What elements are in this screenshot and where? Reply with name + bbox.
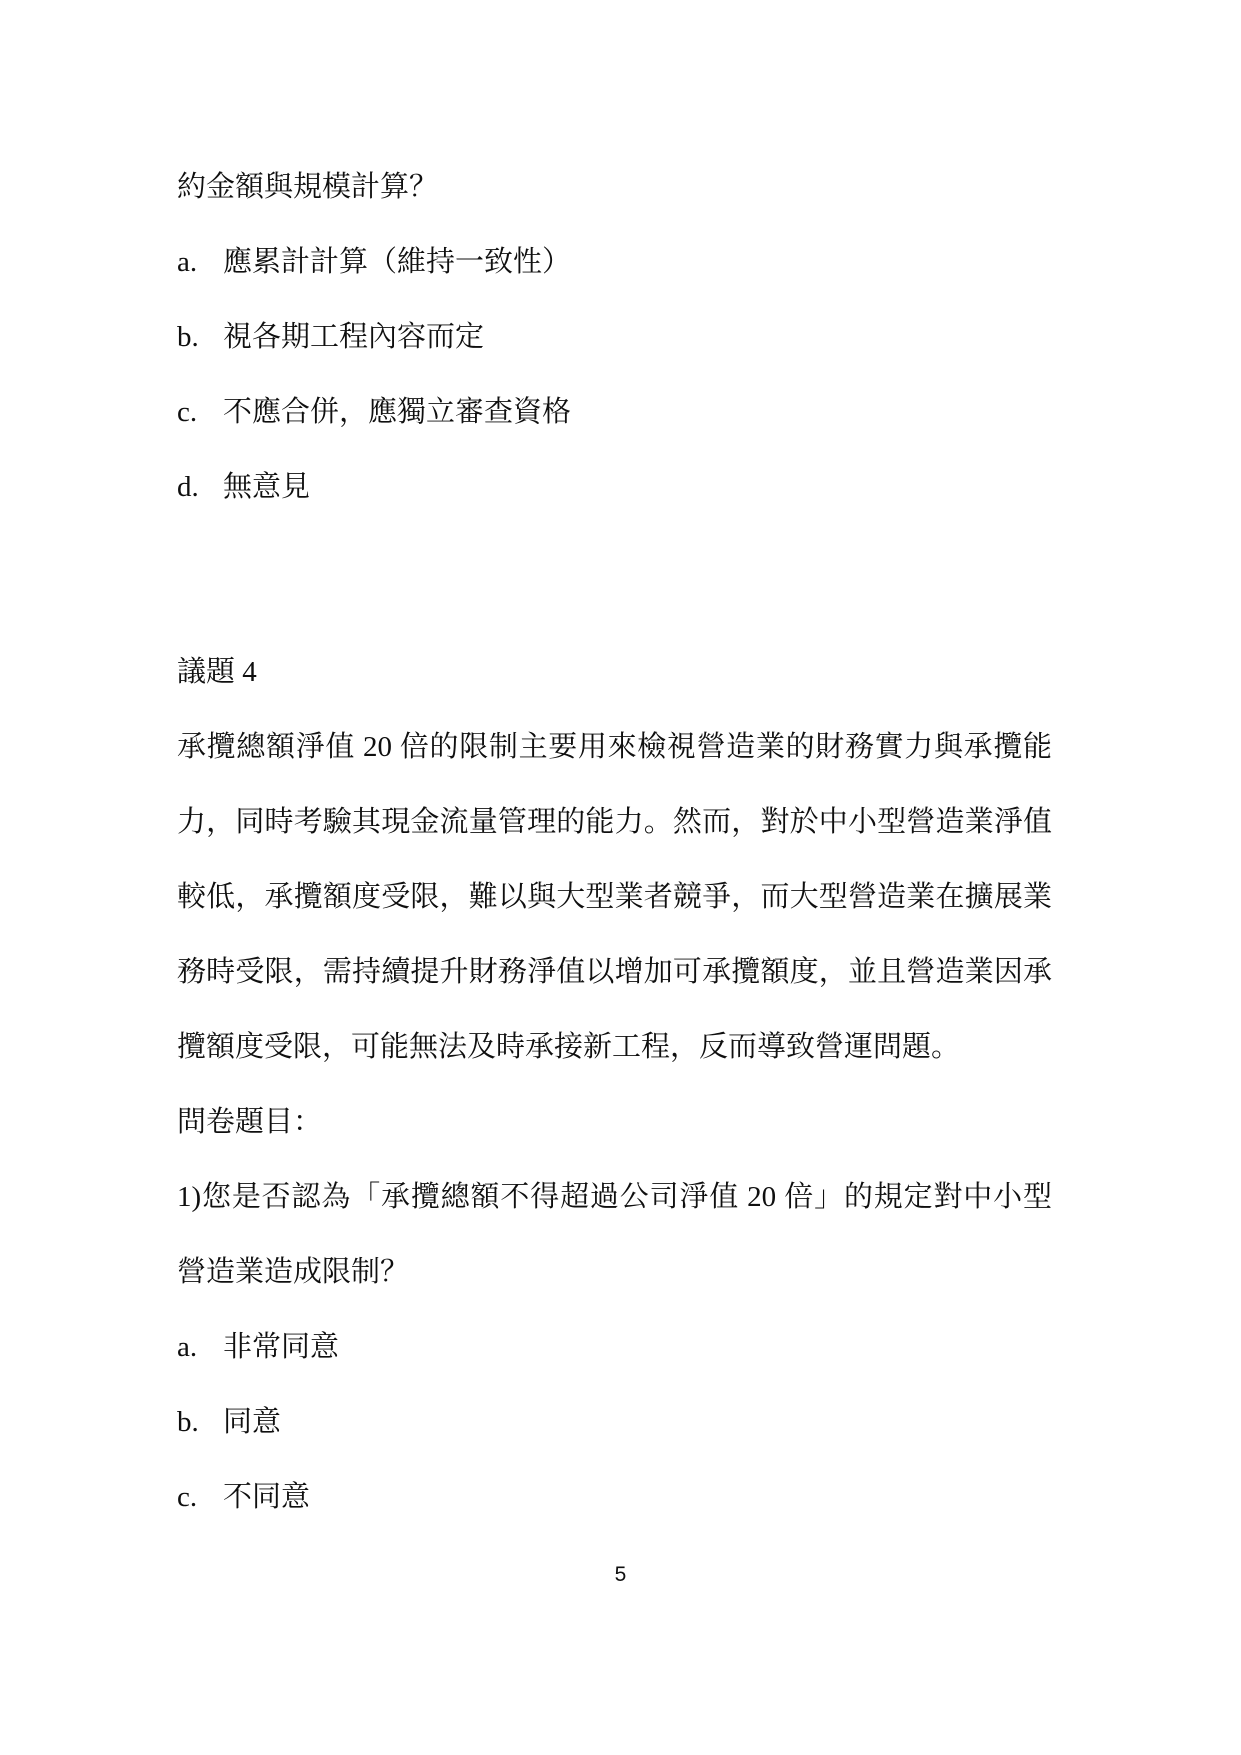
option-text: 應累計計算（維持一致性） — [223, 246, 571, 278]
carryover-question-line: 約金額與規模計算？ — [177, 150, 1052, 225]
option-letter: d. — [177, 450, 223, 525]
q1-option-row-b: b.同意 — [177, 1385, 1052, 1460]
option-text: 同意 — [223, 1406, 281, 1438]
option-text: 無意見 — [223, 471, 310, 503]
option-letter: c. — [177, 375, 223, 450]
topic-paragraph-line-1: 承攬總額淨值 20 倍的限制主要用來檢視營造業的財務實力與承攬能 — [177, 710, 1052, 785]
topic-heading: 議題 4 — [177, 635, 1052, 710]
option-text: 不應合併，應獨立審查資格 — [223, 396, 571, 428]
page-body: 約金額與規模計算？ a.應累計計算（維持一致性） b.視各期工程內容而定 c.不… — [177, 150, 1052, 1535]
question-1-line-1: 1)您是否認為「承攬總額不得超過公司淨值 20 倍」的規定對中小型 — [177, 1160, 1052, 1235]
option-row-c: c.不應合併，應獨立審查資格 — [177, 375, 1052, 450]
page-number: 5 — [615, 1563, 627, 1586]
option-row-d: d.無意見 — [177, 450, 1052, 525]
topic-paragraph-line-4: 務時受限，需持續提升財務淨值以增加可承攬額度，並且營造業因承 — [177, 935, 1052, 1010]
option-letter: b. — [177, 1385, 223, 1460]
option-letter: c. — [177, 1460, 223, 1535]
section-gap — [177, 525, 1052, 635]
question-1-line-2: 營造業造成限制？ — [177, 1235, 1052, 1310]
option-letter: b. — [177, 300, 223, 375]
document-page: 約金額與規模計算？ a.應累計計算（維持一致性） b.視各期工程內容而定 c.不… — [0, 0, 1241, 1755]
option-text: 不同意 — [223, 1481, 310, 1513]
topic-paragraph-line-5: 攬額度受限，可能無法及時承接新工程，反而導致營運問題。 — [177, 1010, 1052, 1085]
option-row-b: b.視各期工程內容而定 — [177, 300, 1052, 375]
page-footer: 5 — [0, 1560, 1241, 1590]
topic-paragraph-line-2: 力，同時考驗其現金流量管理的能力。然而，對於中小型營造業淨值 — [177, 785, 1052, 860]
topic-paragraph-line-3: 較低，承攬額度受限，難以與大型業者競爭，而大型營造業在擴展業 — [177, 860, 1052, 935]
q1-option-row-c: c.不同意 — [177, 1460, 1052, 1535]
option-letter: a. — [177, 1310, 223, 1385]
option-row-a: a.應累計計算（維持一致性） — [177, 225, 1052, 300]
q1-option-row-a: a.非常同意 — [177, 1310, 1052, 1385]
option-letter: a. — [177, 225, 223, 300]
option-text: 非常同意 — [223, 1331, 339, 1363]
questionnaire-label: 問卷題目： — [177, 1085, 1052, 1160]
option-text: 視各期工程內容而定 — [223, 321, 484, 353]
